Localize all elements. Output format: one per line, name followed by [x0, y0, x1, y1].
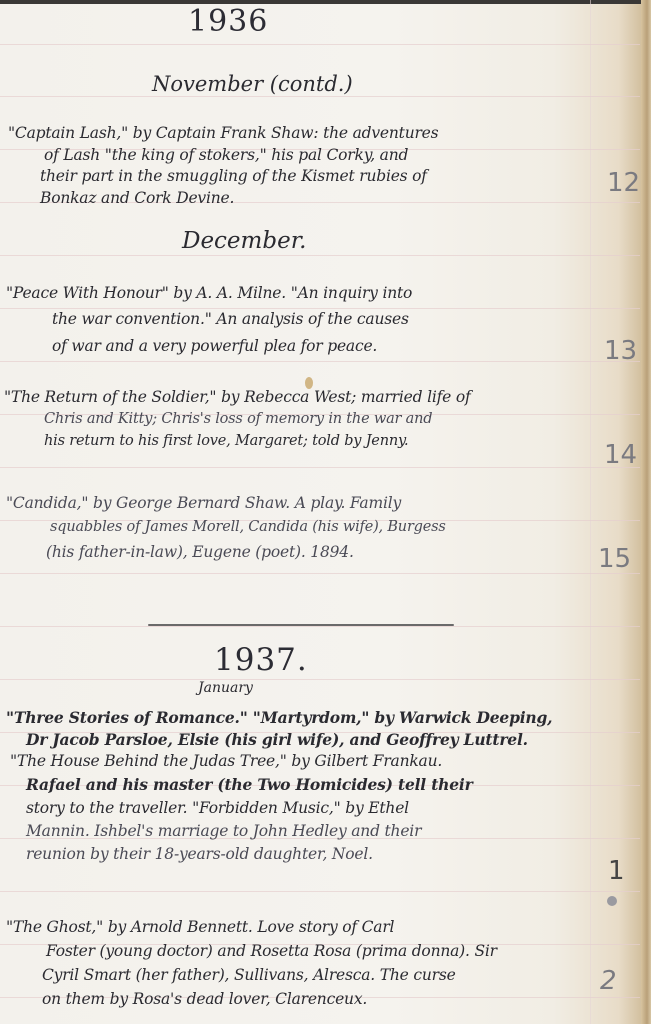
entry-line: "Three Stories of Romance." "Martyrdom,"…: [6, 708, 552, 727]
month-heading-january: January: [198, 680, 253, 696]
entry-line: "Peace With Honour" by A. A. Milne. "An …: [6, 284, 412, 302]
ruled-line: [0, 891, 640, 892]
margin-line: [590, 0, 591, 1024]
entry-line: their part in the smuggling of the Kisme…: [40, 167, 427, 185]
entry-number: 2: [600, 966, 617, 996]
month-heading-november: November (contd.): [152, 72, 353, 96]
year-heading-1937: 1937.: [214, 642, 308, 678]
entry-number: 13: [604, 336, 637, 366]
year-heading-1936: 1936: [188, 4, 268, 39]
entry-line: Mannin. Ishbel's marriage to John Hedley…: [26, 822, 421, 840]
entry-line: story to the traveller. "Forbidden Music…: [26, 799, 409, 817]
ruled-line: [0, 679, 640, 680]
entry-line: Rafael and his master (the Two Homicides…: [26, 775, 473, 794]
entry-line: (his father-in-law), Eugene (poet). 1894…: [46, 543, 354, 561]
ruled-line: [0, 44, 640, 45]
ruled-line: [0, 308, 640, 309]
entry-line: on them by Rosa's dead lover, Clarenceux…: [42, 990, 367, 1008]
ruled-line: [0, 96, 640, 97]
entry-number: 1: [608, 856, 625, 886]
ruled-line: [0, 573, 640, 574]
entry-line: the war convention." An analysis of the …: [52, 310, 409, 328]
year-divider-line: [148, 624, 454, 626]
entry-line: reunion by their 18-years-old daughter, …: [26, 845, 373, 863]
entry-line: "Candida," by George Bernard Shaw. A pla…: [6, 494, 401, 512]
entry-line: Cyril Smart (her father), Sullivans, Alr…: [42, 966, 456, 984]
page-binding-edge: [641, 0, 651, 1024]
ruled-line: [0, 361, 640, 362]
entry-line: Foster (young doctor) and Rosetta Rosa (…: [46, 942, 497, 960]
entry-line: of war and a very powerful plea for peac…: [52, 337, 377, 355]
ink-blot: [607, 896, 617, 906]
entry-number: 15: [598, 544, 631, 574]
entry-line: "The House Behind the Judas Tree," by Gi…: [10, 752, 442, 770]
entry-line: "Captain Lash," by Captain Frank Shaw: t…: [8, 124, 438, 142]
notebook-page: 1936 November (contd.) "Captain Lash," b…: [0, 0, 651, 1024]
entry-line: squabbles of James Morell, Candida (his …: [50, 519, 446, 535]
entry-line: Dr Jacob Parsloe, Elsie (his girl wife),…: [26, 730, 528, 749]
entry-line: of Lash "the king of stokers," his pal C…: [44, 146, 408, 164]
entry-number: 14: [604, 440, 637, 470]
page-top-edge: [0, 0, 651, 4]
ruled-line: [0, 255, 640, 256]
ruled-line: [0, 467, 640, 468]
ruled-line: [0, 626, 640, 627]
entry-line: "The Ghost," by Arnold Bennett. Love sto…: [6, 918, 394, 936]
entry-number: 12: [607, 168, 640, 198]
entry-line: Bonkaz and Cork Devine.: [40, 189, 234, 207]
entry-line: his return to his first love, Margaret; …: [44, 433, 408, 449]
entry-line: Chris and Kitty; Chris's loss of memory …: [44, 411, 432, 427]
entry-line: "The Return of the Soldier," by Rebecca …: [4, 388, 470, 406]
month-heading-december: December.: [182, 228, 306, 254]
